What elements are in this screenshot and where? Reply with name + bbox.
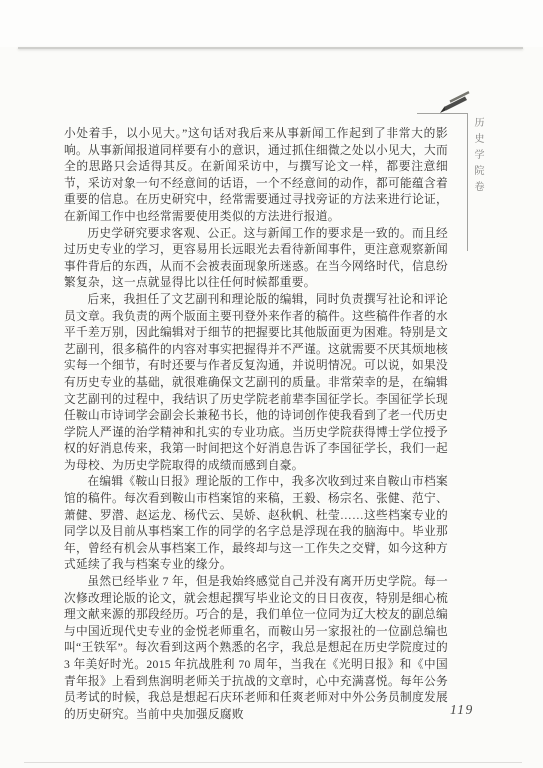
page-number: 119 bbox=[450, 702, 474, 718]
pencil-icon bbox=[439, 90, 471, 116]
margin-rule-vertical bbox=[467, 113, 468, 251]
margin-volume-label: 历史学院卷 bbox=[470, 117, 485, 197]
page-top-edge-shadow bbox=[18, 47, 523, 49]
paragraph: 历史学研究要求客观、公正。这与新闻工作的要求是一致的。而且经过历史专业的学习，更… bbox=[64, 226, 448, 292]
paragraph: 后来，我担任了文艺副刊和理论版的编辑，同时负责撰写社论和评论员文章。我负责的两个… bbox=[64, 292, 448, 475]
paragraph: 小处着手，以小见大。”这句话对我后来从事新闻工作起到了非常大的影响。从事新闻报道… bbox=[64, 126, 448, 226]
page-bottom-edge-shadow bbox=[24, 762, 522, 763]
page-body-text: 小处着手，以小见大。”这句话对我后来从事新闻工作起到了非常大的影响。从事新闻报道… bbox=[64, 126, 448, 723]
paragraph: 在编辑《鞍山日报》理论版的工作中，我多次收到过来自鞍山市档案馆的稿件。每次看到鞍… bbox=[64, 474, 448, 574]
book-page-scan: 历史学院卷 小处着手，以小见大。”这句话对我后来从事新闻工作起到了非常大的影响。… bbox=[0, 0, 543, 768]
paragraph: 虽然已经毕业 7 年，但是我始终感觉自己并没有离开历史学院。每一次修改理论版的论… bbox=[64, 574, 448, 723]
scan-gutter-top bbox=[0, 0, 543, 47]
